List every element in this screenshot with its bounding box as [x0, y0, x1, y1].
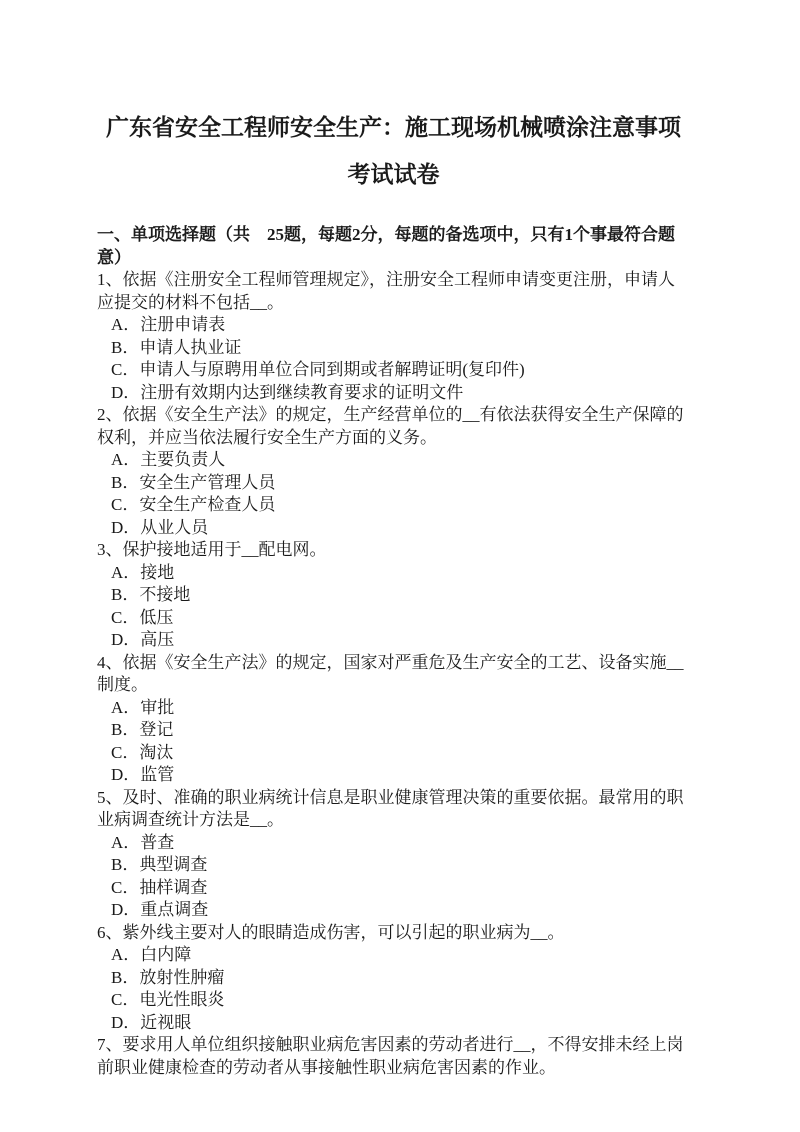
document-title-line-1: 广东省安全工程师安全生产：施工现场机械喷涂注意事项 [97, 104, 690, 151]
question-7: 7、要求用人单位组织接触职业病危害因素的劳动者进行__，不得安排未经上岗前职业健… [97, 1034, 690, 1079]
option-line: A．审批 [97, 697, 690, 720]
exam-paper-page: 广东省安全工程师安全生产：施工现场机械喷涂注意事项 考试试卷 一、单项选择题（共… [0, 0, 800, 1132]
question-stem: 5、及时、准确的职业病统计信息是职业健康管理决策的重要依据。最常用的职业病调查统… [97, 787, 690, 832]
document-title: 广东省安全工程师安全生产：施工现场机械喷涂注意事项 考试试卷 [97, 104, 690, 198]
option-line: D．高压 [97, 629, 690, 652]
option-line: D．监管 [97, 764, 690, 787]
option-line: C．电光性眼炎 [97, 989, 690, 1012]
option-line: C．淘汰 [97, 742, 690, 765]
option-line: B．放射性肿瘤 [97, 967, 690, 990]
option-line: B．不接地 [97, 584, 690, 607]
question-stem: 2、依据《安全生产法》的规定，生产经营单位的__有依法获得安全生产保障的权利，并… [97, 404, 690, 449]
option-line: D．注册有效期内达到继续教育要求的证明文件 [97, 382, 690, 405]
option-line: A．白内障 [97, 944, 690, 967]
question-stem: 7、要求用人单位组织接触职业病危害因素的劳动者进行__，不得安排未经上岗前职业健… [97, 1034, 690, 1079]
option-line: D．重点调查 [97, 899, 690, 922]
document-title-line-2: 考试试卷 [97, 151, 690, 198]
option-line: B．典型调查 [97, 854, 690, 877]
question-5: 5、及时、准确的职业病统计信息是职业健康管理决策的重要依据。最常用的职业病调查统… [97, 787, 690, 922]
option-line: D．近视眼 [97, 1012, 690, 1035]
section-header: 一、单项选择题（共 25题，每题2分，每题的备选项中，只有1个事最符合题意） [97, 224, 690, 269]
question-stem: 4、依据《安全生产法》的规定，国家对严重危及生产安全的工艺、设备实施__制度。 [97, 652, 690, 697]
question-stem: 3、保护接地适用于__配电网。 [97, 539, 690, 562]
option-line: C．抽样调查 [97, 877, 690, 900]
option-line: B．安全生产管理人员 [97, 472, 690, 495]
option-line: A．普查 [97, 832, 690, 855]
option-line: B．登记 [97, 719, 690, 742]
question-3: 3、保护接地适用于__配电网。 A．接地 B．不接地 C．低压 D．高压 [97, 539, 690, 652]
exam-body: 一、单项选择题（共 25题，每题2分，每题的备选项中，只有1个事最符合题意） 1… [97, 224, 690, 1079]
question-6: 6、紫外线主要对人的眼睛造成伤害，可以引起的职业病为__。 A．白内障 B．放射… [97, 922, 690, 1035]
page-content: 广东省安全工程师安全生产：施工现场机械喷涂注意事项 考试试卷 一、单项选择题（共… [0, 0, 800, 1079]
option-line: A．主要负责人 [97, 449, 690, 472]
option-line: A．接地 [97, 562, 690, 585]
option-line: C．申请人与原聘用单位合同到期或者解聘证明(复印件) [97, 359, 690, 382]
option-line: C．安全生产检查人员 [97, 494, 690, 517]
question-4: 4、依据《安全生产法》的规定，国家对严重危及生产安全的工艺、设备实施__制度。 … [97, 652, 690, 787]
question-1: 1、依据《注册安全工程师管理规定》，注册安全工程师申请变更注册，申请人应提交的材… [97, 269, 690, 404]
question-2: 2、依据《安全生产法》的规定，生产经营单位的__有依法获得安全生产保障的权利，并… [97, 404, 690, 539]
question-stem: 1、依据《注册安全工程师管理规定》，注册安全工程师申请变更注册，申请人应提交的材… [97, 269, 690, 314]
option-line: D．从业人员 [97, 517, 690, 540]
option-line: C．低压 [97, 607, 690, 630]
question-stem: 6、紫外线主要对人的眼睛造成伤害，可以引起的职业病为__。 [97, 922, 690, 945]
option-line: B．申请人执业证 [97, 337, 690, 360]
option-line: A．注册申请表 [97, 314, 690, 337]
